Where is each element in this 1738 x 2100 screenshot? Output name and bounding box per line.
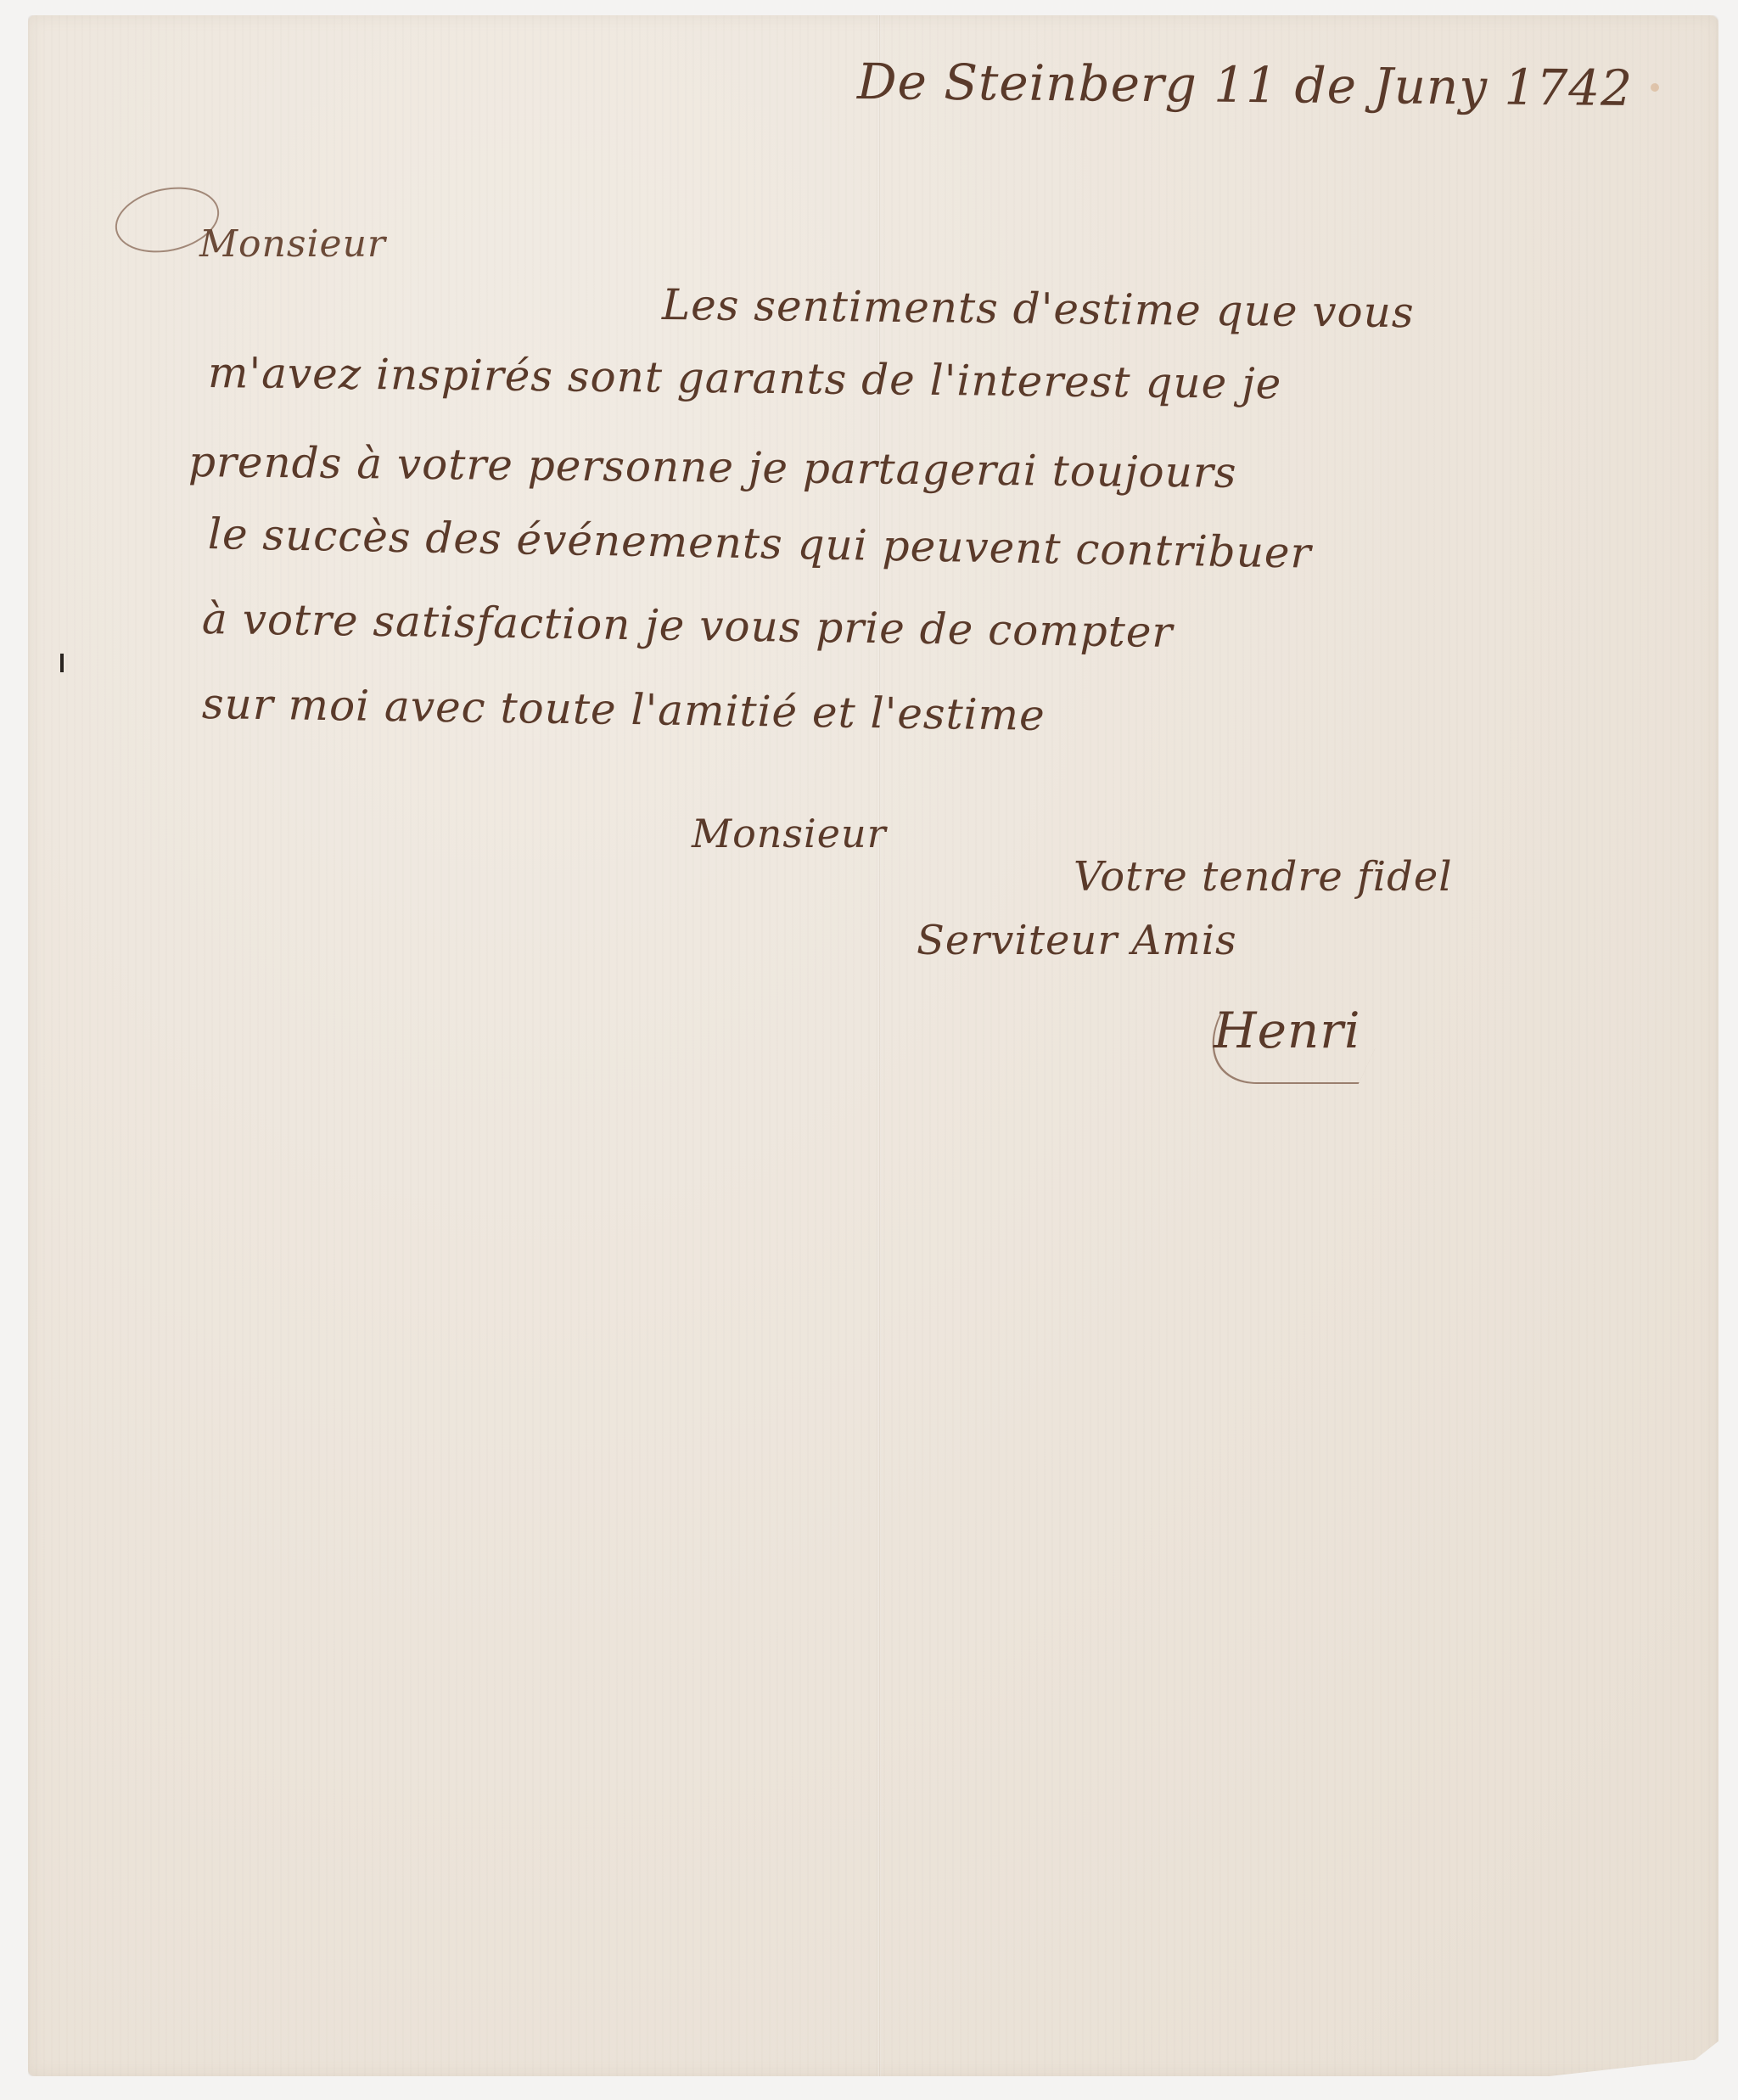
dateline: De Steinberg 11 de Juny 1742 — [857, 53, 1634, 117]
body-line-1: Les sentiments d'estime que vous — [662, 280, 1415, 337]
margin-ink-mark — [60, 654, 64, 672]
signature: Henri — [1214, 1002, 1361, 1059]
scan-background: De Steinberg 11 de Juny 1742 Monsieur Le… — [0, 0, 1738, 2100]
closing-line-2: Votre tendre fidel — [1074, 853, 1453, 901]
paper-stain — [1651, 83, 1659, 92]
closing-salutation: Monsieur — [692, 811, 887, 856]
salutation: Monsieur — [199, 222, 386, 266]
closing-line-3: Serviteur Amis — [917, 917, 1237, 964]
